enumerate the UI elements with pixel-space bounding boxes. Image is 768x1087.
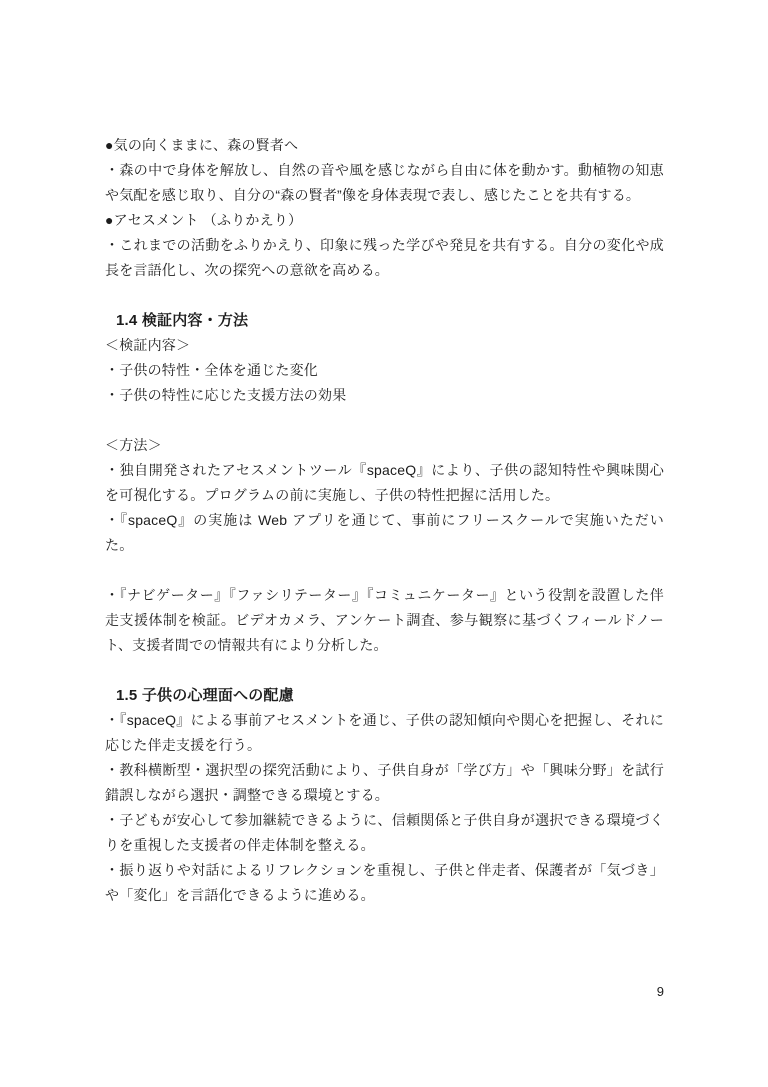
paragraph-roles-verification: ・『ナビゲーター』『ファシリテーター』『コミュニケーター』という役割を設置した伴… (105, 583, 664, 658)
bullet-child-traits-change: ・子供の特性・全体を通じた変化 (105, 358, 664, 383)
paragraph-reflection: ・これまでの活動をふりかえり、印象に残った学びや発見を共有する。自分の変化や成長… (105, 233, 664, 283)
page-number: 9 (105, 982, 664, 1002)
section-heading-1-5: 1.5 子供の心理面への配慮 (105, 683, 664, 708)
paragraph-reflection-dialogue: ・振り返りや対話によるリフレクションを重視し、子供と伴走者、保護者が「気づき」や… (105, 858, 664, 908)
bullet-line-forest-sage: ●気の向くままに、森の賢者へ (105, 133, 664, 158)
paragraph-spaceq-pre-assessment: ・『spaceQ』による事前アセスメントを通じ、子供の認知傾向や関心を把握し、そ… (105, 708, 664, 758)
bullet-line-assessment: ●アセスメント （ふりかえり） (105, 208, 664, 233)
label-verification-content: ＜検証内容＞ (105, 333, 664, 358)
bullet-support-method-effect: ・子供の特性に応じた支援方法の効果 (105, 383, 664, 408)
paragraph-spaceq-webapp: ・『spaceQ』の実施は Web アプリを通じて、事前にフリースクールで実施い… (105, 508, 664, 558)
paragraph-safe-participation: ・子どもが安心して参加継続できるように、信頼関係と子供自身が選択できる環境づくり… (105, 808, 664, 858)
document-body: ●気の向くままに、森の賢者へ ・森の中で身体を解放し、自然の音や風を感じながら自… (105, 133, 664, 908)
paragraph-spaceq-tool: ・独自開発されたアセスメントツール『spaceQ』により、子供の認知特性や興味関… (105, 458, 664, 508)
document-page: ●気の向くままに、森の賢者へ ・森の中で身体を解放し、自然の音や風を感じながら自… (0, 0, 768, 1087)
section-heading-1-4: 1.4 検証内容・方法 (105, 308, 664, 333)
paragraph-cross-subject-inquiry: ・教科横断型・選択型の探究活動により、子供自身が「学び方」や「興味分野」を試行錯… (105, 758, 664, 808)
label-method: ＜方法＞ (105, 433, 664, 458)
paragraph-forest-activity: ・森の中で身体を解放し、自然の音や風を感じながら自由に体を動かす。動植物の知恵や… (105, 158, 664, 208)
